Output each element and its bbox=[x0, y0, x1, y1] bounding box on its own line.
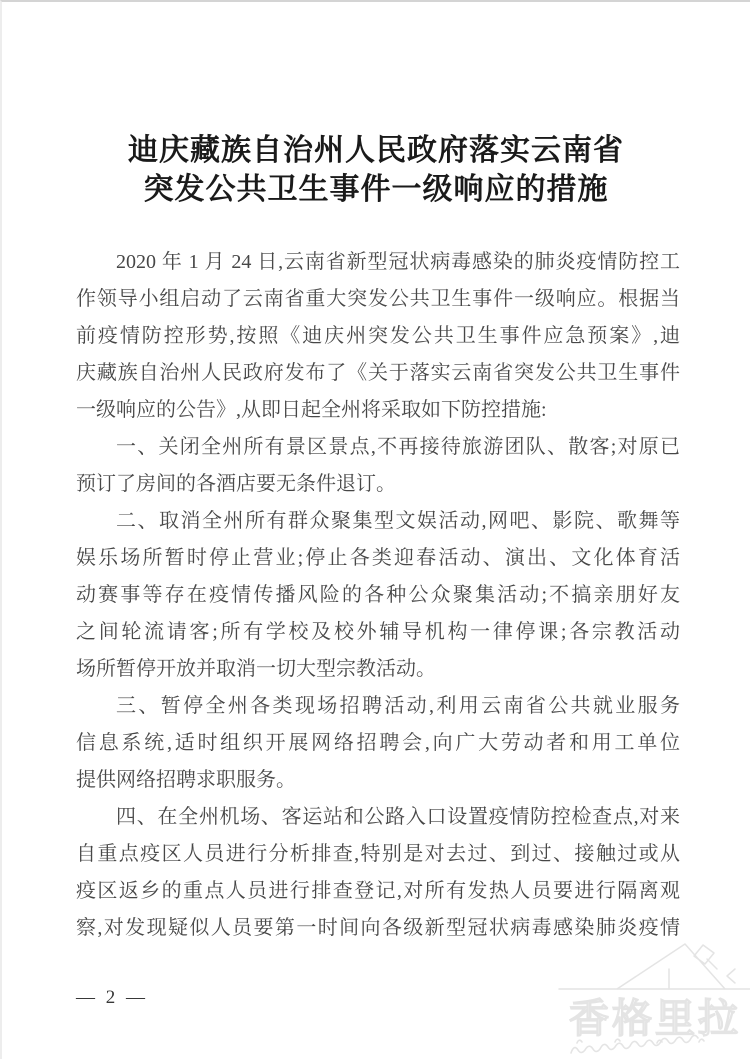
document-page: 迪庆藏族自治州人民政府落实云南省 突发公共卫生事件一级响应的措施 2020 年 … bbox=[0, 0, 750, 1059]
body-line: 一级响应的公告》,从即日起全州将采取如下防控措施: bbox=[76, 392, 680, 429]
body-line: 动赛事等存在疫情传播风险的各种公众聚集活动;不搞亲朋好友 bbox=[76, 577, 680, 614]
tibetan-script-line bbox=[571, 1035, 704, 1053]
body-line: 提供网络招聘求职服务。 bbox=[76, 762, 680, 799]
document-title-line2: 突发公共卫生事件一级响应的措施 bbox=[2, 170, 750, 209]
paragraph: 二、取消全州所有群众聚集型文娱活动,网吧、影院、歌舞等娱乐场所暂时停止营业;停止… bbox=[76, 503, 680, 688]
body-line: 疫区返乡的重点人员进行排查登记,对所有发热人员要进行隔离观 bbox=[76, 873, 680, 910]
watermark-text: 香格里拉 bbox=[569, 996, 741, 1041]
body-line: 四、在全州机场、客运站和公路入口设置疫情防控检查点,对来 bbox=[76, 799, 680, 836]
body-line: 预订了房间的各酒店要无条件退订。 bbox=[76, 466, 680, 503]
document-title: 迪庆藏族自治州人民政府落实云南省 突发公共卫生事件一级响应的措施 bbox=[2, 131, 750, 209]
paragraph: 一、关闭全州所有景区景点,不再接待旅游团队、散客;对原已预订了房间的各酒店要无条… bbox=[76, 429, 680, 503]
body-line: 一、关闭全州所有景区景点,不再接待旅游团队、散客;对原已 bbox=[76, 429, 680, 466]
body-line: 察,对发现疑似人员要第一时间向各级新型冠状病毒感染肺炎疫情 bbox=[76, 910, 680, 947]
body-line: 二、取消全州所有群众聚集型文娱活动,网吧、影院、歌舞等 bbox=[76, 503, 680, 540]
paragraph: 三、暂停全州各类现场招聘活动,利用云南省公共就业服务信息系统,适时组织开展网络招… bbox=[76, 688, 680, 799]
body-line: 三、暂停全州各类现场招聘活动,利用云南省公共就业服务 bbox=[76, 688, 680, 725]
paragraph: 四、在全州机场、客运站和公路入口设置疫情防控检查点,对来自重点疫区人员进行分析排… bbox=[76, 799, 680, 947]
document-title-line1: 迪庆藏族自治州人民政府落实云南省 bbox=[2, 131, 750, 170]
body-line: 前疫情防控形势,按照《迪庆州突发公共卫生事件应急预案》,迪 bbox=[76, 318, 680, 355]
body-line: 信息系统,适时组织开展网络招聘会,向广大劳动者和用工单位 bbox=[76, 725, 680, 762]
body-line: 作领导小组启动了云南省重大突发公共卫生事件一级响应。根据当 bbox=[76, 281, 680, 318]
paragraph: 2020 年 1 月 24 日,云南省新型冠状病毒感染的肺炎疫情防控工作领导小组… bbox=[76, 244, 680, 429]
mountain-icon bbox=[559, 944, 750, 989]
body-line: 自重点疫区人员进行分析排查,特别是对去过、到过、接触过或从 bbox=[76, 836, 680, 873]
document-body: 2020 年 1 月 24 日,云南省新型冠状病毒感染的肺炎疫情防控工作领导小组… bbox=[76, 244, 680, 947]
body-line: 2020 年 1 月 24 日,云南省新型冠状病毒感染的肺炎疫情防控工 bbox=[76, 244, 680, 281]
body-line: 场所暂停开放并取消一切大型宗教活动。 bbox=[76, 651, 680, 688]
page-number: — 2 — bbox=[76, 985, 148, 1011]
body-line: 庆藏族自治州人民政府发布了《关于落实云南省突发公共卫生事件 bbox=[76, 355, 680, 392]
body-line: 之间轮流请客;所有学校及校外辅导机构一律停课;各宗教活动 bbox=[76, 614, 680, 651]
body-line: 娱乐场所暂时停止营业;停止各类迎春活动、演出、文化体育活 bbox=[76, 540, 680, 577]
